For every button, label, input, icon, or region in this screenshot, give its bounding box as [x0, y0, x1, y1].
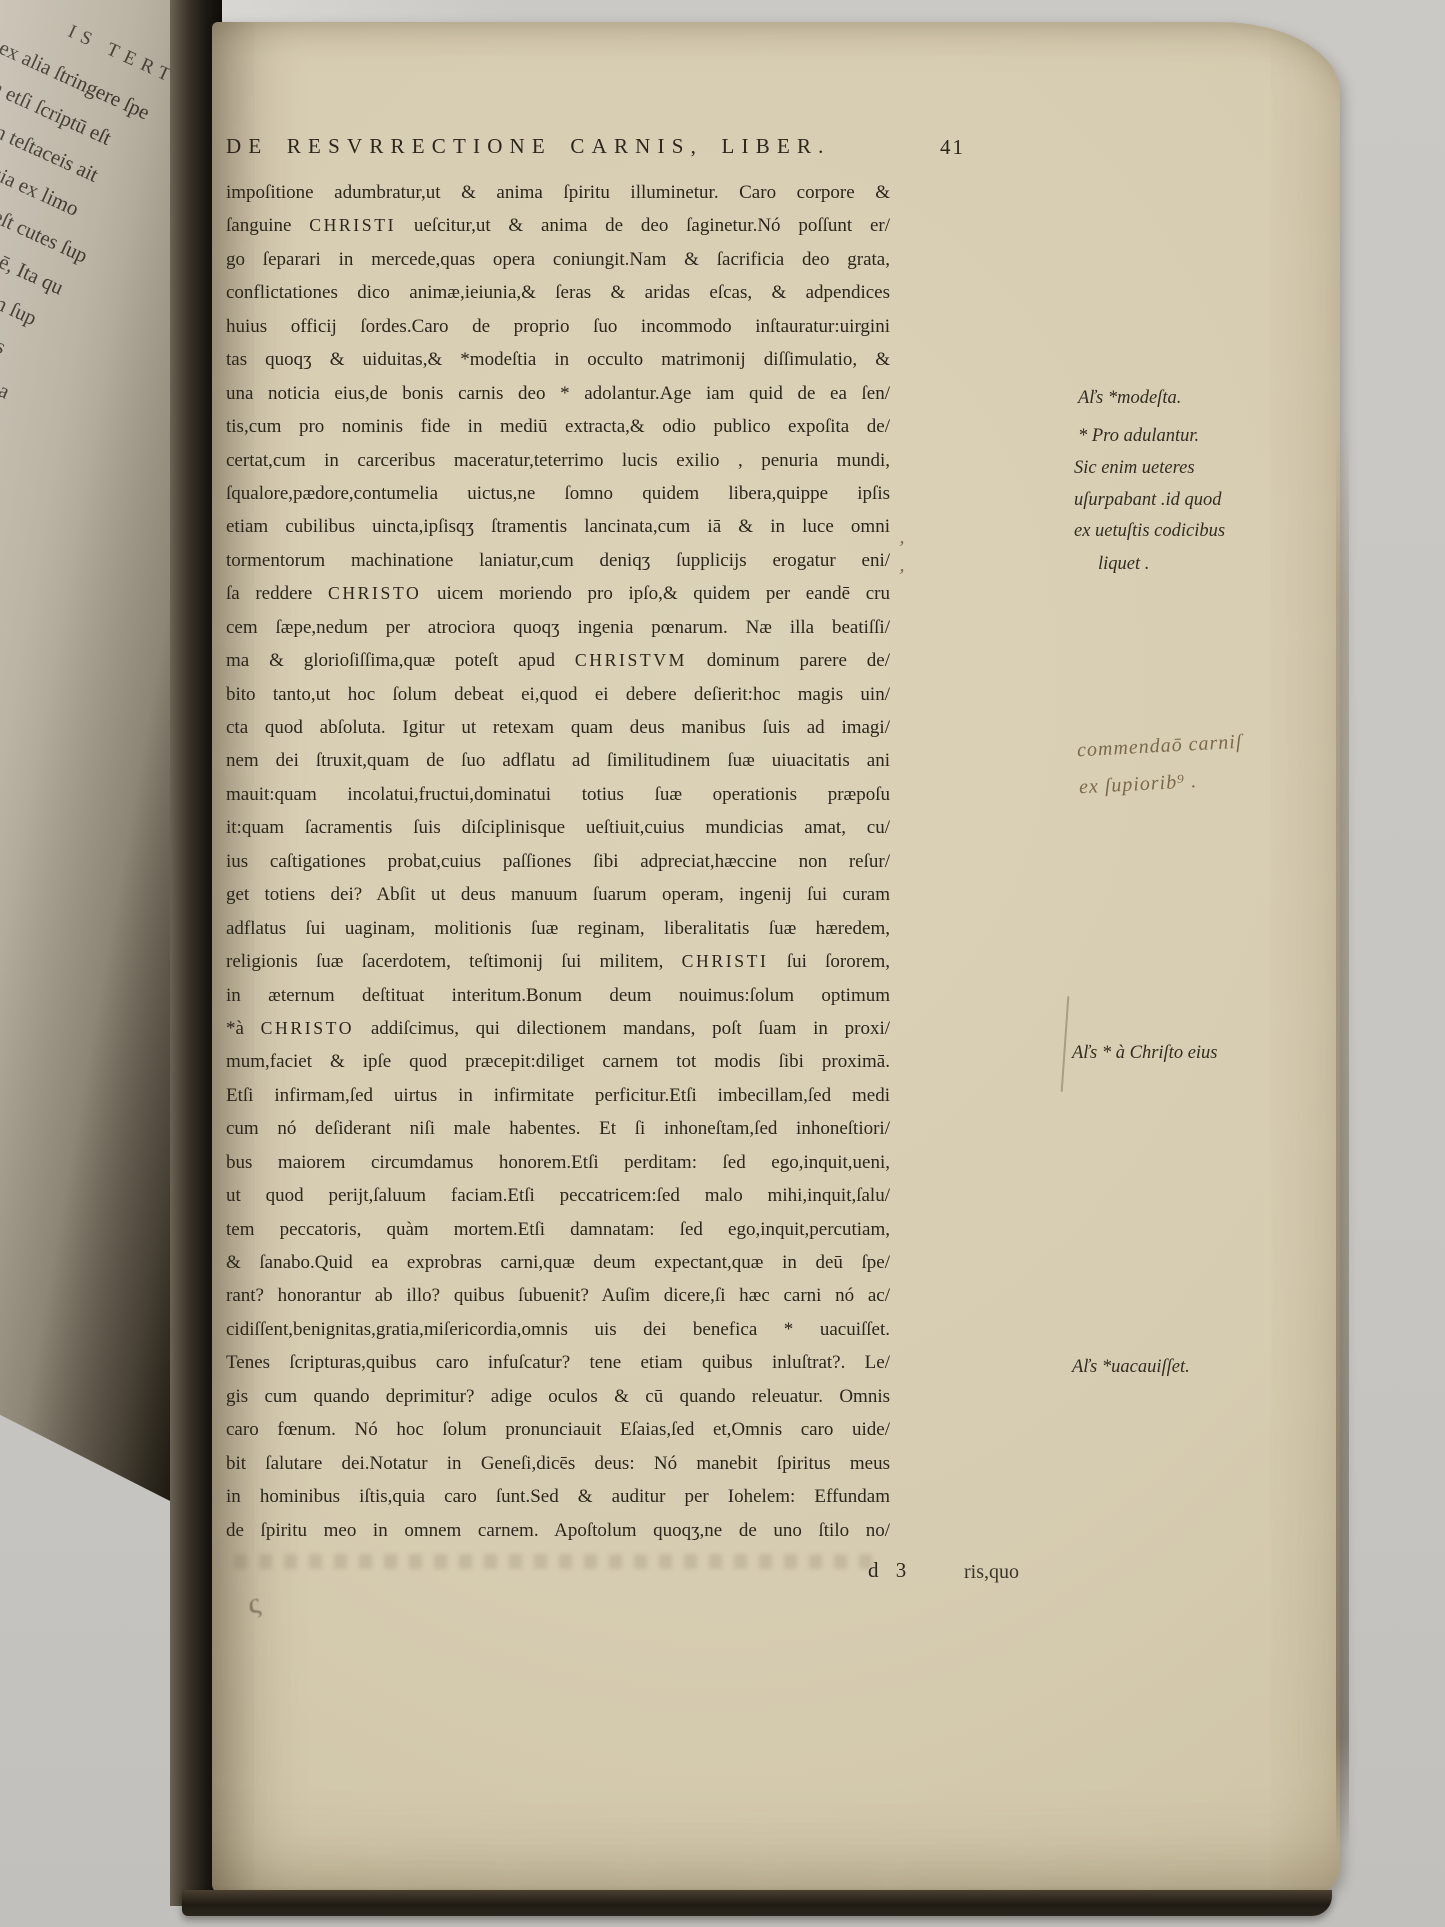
margin-note-usurpabant: uſurpabant .id quod [1074, 485, 1222, 516]
signature-mark: d 3 [868, 1558, 912, 1583]
margin-tick: ʼ [894, 565, 905, 594]
body-text-line: mauit:quam incolatui,fructui,dominatui t… [226, 778, 890, 811]
margin-note-modesta: Aľs *modeſta. [1078, 383, 1181, 414]
body-text-line: Etſi infirmam,ſed uirtus in infirmitate … [226, 1079, 890, 1112]
body-text-line: impoſitione adumbratur,ut & anima ſpirit… [226, 176, 890, 209]
body-text-line: go ſeparari in mercede,quas opera coniun… [226, 243, 890, 276]
margin-note-uacauisset: Aľs *uacauiſſet. [1072, 1352, 1190, 1383]
page-crease [1061, 996, 1070, 1092]
body-text-line: mum,faciet & ipſe quod præcepit:diliget … [226, 1045, 890, 1078]
body-text-line: etiam cubilibus uincta,ipſisqʒ ſtramenti… [226, 510, 890, 543]
body-text-line: rant? honorantur ab illo? quibus ſubueni… [226, 1279, 890, 1312]
body-text-line: *à CHRISTO addiſcimus, qui dilectionem m… [226, 1012, 890, 1045]
catchword: ris,quo [964, 1561, 1019, 1584]
body-text-line: it:quam ſacramentis ſuis diſciplinisque … [226, 811, 890, 844]
body-text-line: ius caſtigationes probat,cuius paſſiones… [226, 845, 890, 878]
set-off-smudge [234, 1554, 874, 1569]
body-text-line: Tenes ſcripturas,quibus caro infuſcatur?… [226, 1346, 890, 1379]
body-text-line: bito tanto,ut hoc ſolum debeat ei,quod e… [226, 678, 890, 711]
book-bottom-edge [182, 1890, 1332, 1916]
body-text-line: de ſpiritu meo in omnem carnem. Apoſtolu… [226, 1514, 890, 1547]
body-text-line: cta quod abſoluta. Igitur ut retexam qua… [226, 711, 890, 744]
margin-note-liquet: liquet . [1098, 549, 1149, 580]
body-text-line: cidiſſent,benignitas,gratia,miſericordia… [226, 1313, 890, 1346]
book-photo: IS TERTVLLIANI te,& aliam ex alia ſtring… [0, 0, 1445, 1927]
body-text-line: tormentorum machinatione laniatur,cum de… [226, 544, 890, 577]
body-text-line: una noticia eius,de bonis carnis deo * a… [226, 377, 890, 410]
body-text-line: caro fœnum. Nó hoc ſolum pronunciauit Eſ… [226, 1413, 890, 1446]
body-text-line: nem dei ſtruxit,quam de ſuo adflatu ad ſ… [226, 744, 890, 777]
running-title: DE RESVRRECTIONE CARNIS, LIBER. [226, 134, 831, 158]
margin-note-pro-adulantur: * Pro adulantur. [1078, 421, 1199, 452]
left-page-text: IS TERTVLLIANI te,& aliam ex alia ſtring… [0, 0, 178, 1505]
body-text-line: tas quoqʒ & uiduitas,& *modeſtia in occu… [226, 343, 890, 376]
body-text-line: ſa reddere CHRISTO uicem moriendo pro ip… [226, 577, 890, 610]
body-text-line: tem peccatoris, quàm mortem.Etſi damnata… [226, 1213, 890, 1246]
body-text-line: conflictationes dico animæ,ieiunia,& ſer… [226, 276, 890, 309]
body-text-line: cum nó deſiderant niſi male habentes. Et… [226, 1112, 890, 1145]
margin-note-a-christo: Aľs * à Chriſto eius [1072, 1038, 1218, 1069]
body-text-line: adflatus ſui uaginam, molitionis ſuæ reg… [226, 912, 890, 945]
handwritten-note: commendaō carniſ ex ſupiorib⁹ . [1076, 724, 1245, 807]
left-page-lines: te,& aliam ex alia ſtringere ſpenominis.… [0, 0, 178, 1505]
body-text-line: religionis ſuæ ſacerdotem, teſtimonij ſu… [226, 945, 890, 978]
body-text-line: in hominibus iſtis,quia caro ſunt.Sed & … [226, 1480, 890, 1513]
body-text-line: ma & glorioſiſſima,quæ poteſt apud CHRIS… [226, 644, 890, 677]
fore-edge-pages [1336, 430, 1349, 1850]
body-text-line: bit ſalutare dei.Notatur in Geneſi,dicēs… [226, 1447, 890, 1480]
body-text-line: get totiens dei? Abſit ut deus manuum ſu… [226, 878, 890, 911]
margin-note-sic-enim: Sic enim ueteres [1074, 453, 1195, 484]
body-text-line: cem ſæpe,nedum per atrociora quoqʒ ingen… [226, 611, 890, 644]
body-text-line: ſqualore,pædore,contumelia uictus,ne ſom… [226, 477, 890, 510]
page-header: DE RESVRRECTIONE CARNIS, LIBER. 41 [226, 134, 1006, 168]
margin-note-ex-uetustis: ex uetuſtis codicibus [1074, 516, 1225, 547]
handwritten-note-line2: ex ſupiorib⁹ . [1078, 761, 1245, 807]
right-page: DE RESVRRECTIONE CARNIS, LIBER. 41 impoſ… [212, 22, 1340, 1894]
body-text-line: tis,cum pro nominis fide in mediū extrac… [226, 410, 890, 443]
body-text-line: bus maiorem circumdamus honorem.Etſi per… [226, 1146, 890, 1179]
body-text-line: & ſanabo.Quid ea exprobras carni,quæ deu… [226, 1246, 890, 1279]
body-text-line: ſanguine CHRISTI ueſcitur,ut & anima de … [226, 209, 890, 242]
margin-tick: ʼ [894, 537, 905, 566]
ink-smudge: ς [245, 1586, 264, 1622]
body-text-line: huius officij ſordes.Caro de proprio ſuo… [226, 310, 890, 343]
left-page: IS TERTVLLIANI te,& aliam ex alia ſtring… [0, 0, 178, 1505]
body-text-line: in æternum deſtituat interitum.Bonum deu… [226, 979, 890, 1012]
body-text-line: certat,cum in carceribus maceratur,teter… [226, 444, 890, 477]
body-text: impoſitione adumbratur,ut & anima ſpirit… [226, 176, 890, 1547]
page-number: 41 [940, 135, 965, 160]
body-text-line: gis cum quando deprimitur? adige oculos … [226, 1380, 890, 1413]
margin-tick-marks: ʼ ʼ [896, 537, 903, 593]
body-text-line: ut quod perijt,ſaluum faciam.Etſi peccat… [226, 1179, 890, 1212]
